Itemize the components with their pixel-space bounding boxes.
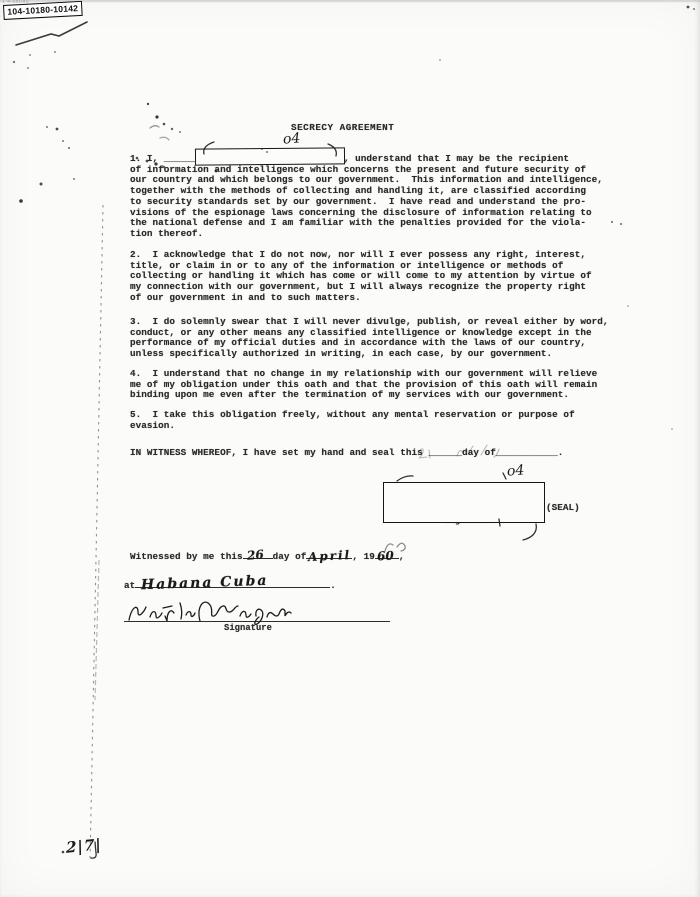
witnessed-suffix: , [399, 551, 405, 562]
place-line: atHabana Cuba. [124, 578, 336, 592]
witnessed-month-blank: April [306, 549, 352, 559]
handwritten-day: 26 [246, 550, 264, 562]
handwritten-code-seal: o4 [506, 462, 524, 479]
paragraph-5: 5. I take this obligation freely, withou… [130, 410, 630, 431]
handwritten-page-mark: 2|7| [66, 835, 102, 857]
paragraph-1: 1. I, ________________________________, … [130, 154, 630, 240]
witnessed-prefix: Witnessed by me this [130, 551, 243, 562]
paragraph-2: 2. I acknowledge that I do not now, nor … [130, 250, 630, 304]
handwritten-place: Habana Cuba [141, 576, 269, 591]
witnessed-year-blank: 60 [375, 549, 399, 559]
paragraph-4: 4. I understand that no change in my rel… [130, 369, 630, 401]
paragraph-3: 3. I do solemnly swear that I will never… [130, 317, 630, 360]
scanned-document-page: 1 4-08080 104-10180-10142 SECRECY AGREEM… [0, 0, 700, 897]
seal-label: (SEAL) [546, 503, 580, 514]
witnessed-line: Witnessed by me this26day ofApril, 1960, [130, 549, 405, 563]
handwritten-year: 60 [377, 551, 394, 563]
witnessed-day-blank: 26 [243, 549, 273, 559]
handwritten-code-top: o4 [282, 130, 300, 147]
witness-signature-handwriting [91, 602, 291, 858]
at-prefix: at [124, 580, 135, 591]
witness-signature-line [124, 621, 390, 622]
redacted-name-box [195, 147, 345, 165]
record-number-stamp: 104-10180-10142 [3, 1, 83, 20]
in-witness-clause: IN WITNESS WHEREOF, I have set my hand a… [130, 448, 563, 459]
handwritten-month: April [308, 550, 352, 563]
witnessed-mid: day of [273, 551, 307, 562]
signature-label-witness: Signature [224, 623, 272, 634]
redacted-signature-box [383, 482, 545, 523]
scan-top-edge-shade [0, 0, 700, 2]
witnessed-year-prefix: , 19 [352, 551, 375, 562]
document-title: SECRECY AGREEMENT [291, 123, 394, 134]
place-blank: Habana Cuba [135, 578, 330, 588]
at-suffix: . [330, 580, 336, 591]
scan-edge-artifact [90, 205, 103, 862]
stamp-arrow-mark [16, 22, 87, 45]
